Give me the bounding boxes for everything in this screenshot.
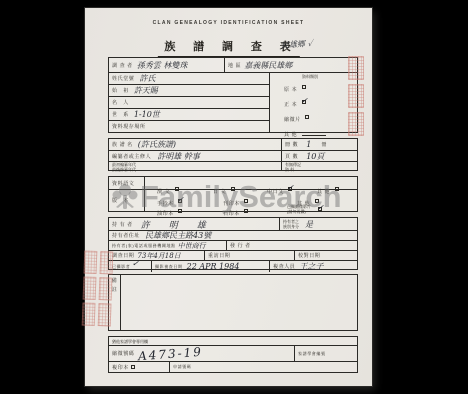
remarks-body [121,275,357,330]
version-label: 版 本 [112,197,129,204]
ancestor-label: 始 祖 [112,87,129,94]
genealogy-title-value: (許氏族譜) [138,139,176,150]
notable-label: 名 人 [112,99,129,106]
volumes-label: 冊 數 [285,141,298,148]
pages-value: 10頁 [306,151,324,162]
film-number-label: 縮微號碼 [112,350,134,357]
language-label: 資料語文 [112,180,134,187]
owner-contact-value: 中世商行 [178,241,206,251]
handwritten-annotation: 民雄鄉 ✓ [281,38,313,51]
section-basic-info: 調 查 者 孫秀雲 林雙珠 地 區 嘉義縣民雄鄉 姓氏堂號 許氏 始 祖 許 [108,57,358,133]
volumes-unit: 冊 [321,141,327,148]
generations-value: 1-10世 [134,109,160,120]
section-remarks: 備 註 [108,274,358,331]
area-value: 嘉義縣民雄鄉 [244,60,292,71]
microfilm-checkbox [305,115,309,119]
surveyor-value: 孫秀雲 林雙珠 [137,60,188,71]
owner-value: 許 明 雄 [141,218,211,231]
form-title: 族 譜 調 查 表 [157,38,299,57]
copy-checkbox [131,365,135,369]
owner-role-value: 是 [305,219,313,230]
surveyor-cell: 調 查 者 孫秀雲 林雙珠 [109,58,224,72]
society-use-header: 猶他家譜學會專用欄 [112,339,148,344]
last-revised-label: 最後修纂年代 [112,167,136,172]
copy-label: 複印本 [112,364,129,371]
area-cell: 地 區 嘉義縣民雄鄉 [224,58,357,72]
proofread-date-label: 校對日期 [298,252,320,259]
compiler-value: 許明雄 幹事 [157,151,200,162]
owner-role-label-line2: 族別身分 [283,224,299,229]
biography-label-line2: 資 料 [285,167,301,172]
reviewer-label: 複查人員 [273,263,295,270]
film-number-value: A473-19 [138,344,204,362]
red-seal-right [346,56,366,140]
owner-label: 持 有 者 [112,221,133,228]
volumes-value: 1 [306,140,311,149]
surname-label: 姓氏堂號 [112,75,134,82]
other-format-line [302,132,326,136]
genealogy-title-label: 族 譜 名 [112,141,133,148]
compiler-label: 編纂者或主修人 [112,153,151,160]
survey-date-label: 調查日期 [112,252,134,259]
owner-address-label: 持有者住址 [112,232,140,239]
mimeograph-checkbox [178,209,182,213]
section-society-use: 猶他家譜學會專用欄 縮微號碼 A473-19 家譜學會編號 複印本 申請號 [108,336,358,373]
pages-label: 頁 數 [285,153,298,160]
publisher-label: 發 行 者 [230,242,251,249]
survey-date-value: 73年4月18日 [137,251,180,261]
document-sheet: CLAN GENEALOGY IDENTIFICATION SHEET 族 譜 … [85,8,372,386]
form-header-english: CLAN GENEALOGY IDENTIFICATION SHEET [85,20,372,26]
surveyor-label: 調 查 者 [112,62,133,69]
society-number-label: 家譜學會編號 [298,351,326,357]
material-location-label: 資料現存場所 [112,123,146,130]
ancestor-value: 許天賜 [134,85,158,96]
section-owner-info: 持 有 者 許 明 雄 持有者之 族別身分 是 持有者住址 民雄鄉民主路43號 … [108,217,358,270]
filmed-note: 已攝縮微影片 (請勿再攝) ✓ [287,200,324,218]
surname-value: 許氏 [139,73,155,84]
area-label: 地 區 [228,62,241,69]
lithograph-checkbox [244,209,248,213]
filmed-label: 已攝影者 [112,264,130,270]
scan-background: CLAN GENEALOGY IDENTIFICATION SHEET 族 譜 … [0,0,468,394]
reviewer-value: 王之子 [299,261,323,272]
generations-label: 世 系 [112,111,129,118]
owner-contact-label: 持有者(家)電話或服務機關地點 [112,243,176,249]
revisit-date-label: 重訪日期 [208,252,230,259]
original-checkbox [302,85,306,89]
request-number-label: 申請號碼 [173,364,191,370]
refilm-date-value: 22 APR 1984 [187,262,240,271]
section-genealogy-title: 族 譜 名 (許氏族譜) 編纂者或主修人 許明雄 幹事 最初編纂年代 最後修纂年… [108,138,358,171]
red-seal-left [82,250,115,326]
section-language-version: 資料語文 漢 文 日 文 中日文 ✓ [108,176,358,212]
refilm-date-label: 攝影複查日期 [155,264,183,270]
